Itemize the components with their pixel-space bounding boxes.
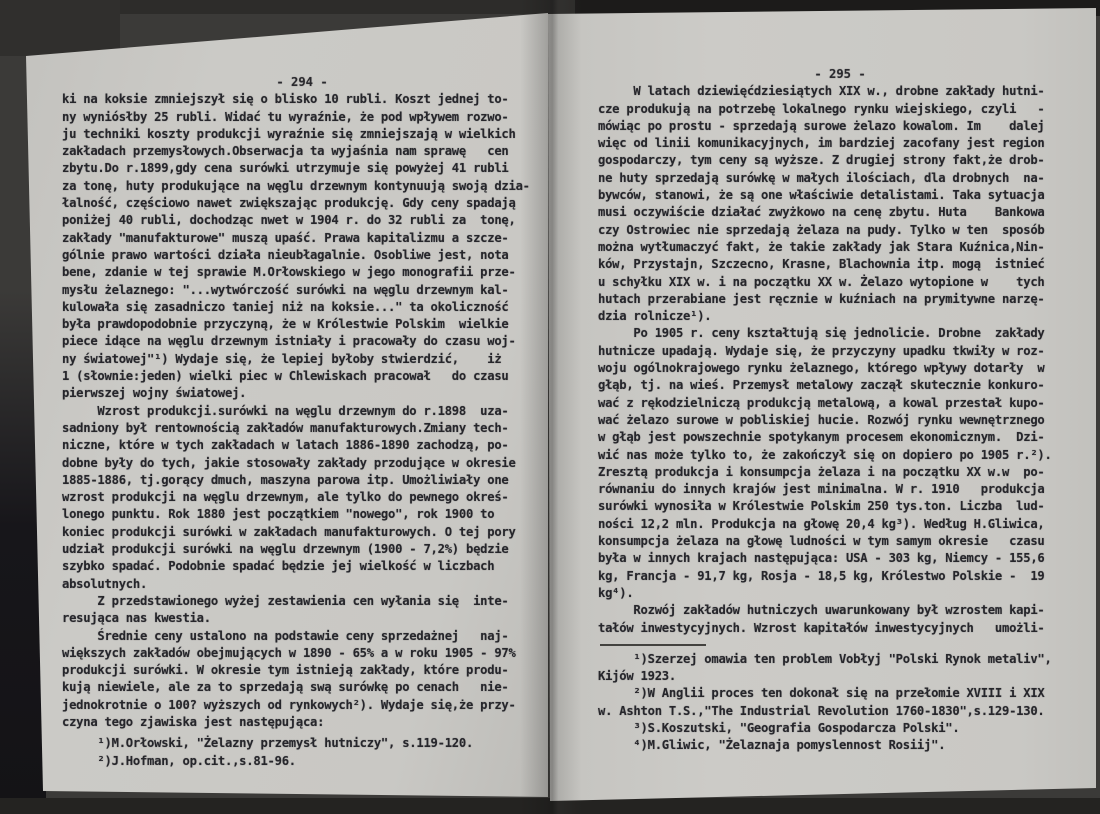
right-page-295: - 295 - W latach dziewięćdziesiątych XIX… xyxy=(548,4,1096,806)
footnote-separator-rule xyxy=(600,644,706,646)
right-page-footnotes: ¹)Szerzej omawia ten problem Vobłyj "Pol… xyxy=(598,651,1082,755)
left-page-294: - 294 - ki na koksie zmniejszył się o bl… xyxy=(26,8,548,802)
left-page-text-column: - 294 - ki na koksie zmniejszył się o bl… xyxy=(62,74,542,770)
scan-background-top-left xyxy=(0,0,120,56)
right-page-body-text: W latach dziewięćdziesiątych XIX w., dro… xyxy=(598,83,1082,637)
left-page-footnotes: ¹)M.Orłowski, "Żelazny przemysł hutniczy… xyxy=(62,735,542,770)
left-page-body-text: ki na koksie zmniejszył się o blisko 10 … xyxy=(62,91,542,731)
right-page-text-column: - 295 - W latach dziewięćdziesiątych XIX… xyxy=(598,66,1082,755)
right-page-number: - 295 - xyxy=(598,66,1082,83)
scanned-book-spread: - 294 - ki na koksie zmniejszył się o bl… xyxy=(0,0,1100,814)
left-page-number: - 294 - xyxy=(62,74,542,91)
